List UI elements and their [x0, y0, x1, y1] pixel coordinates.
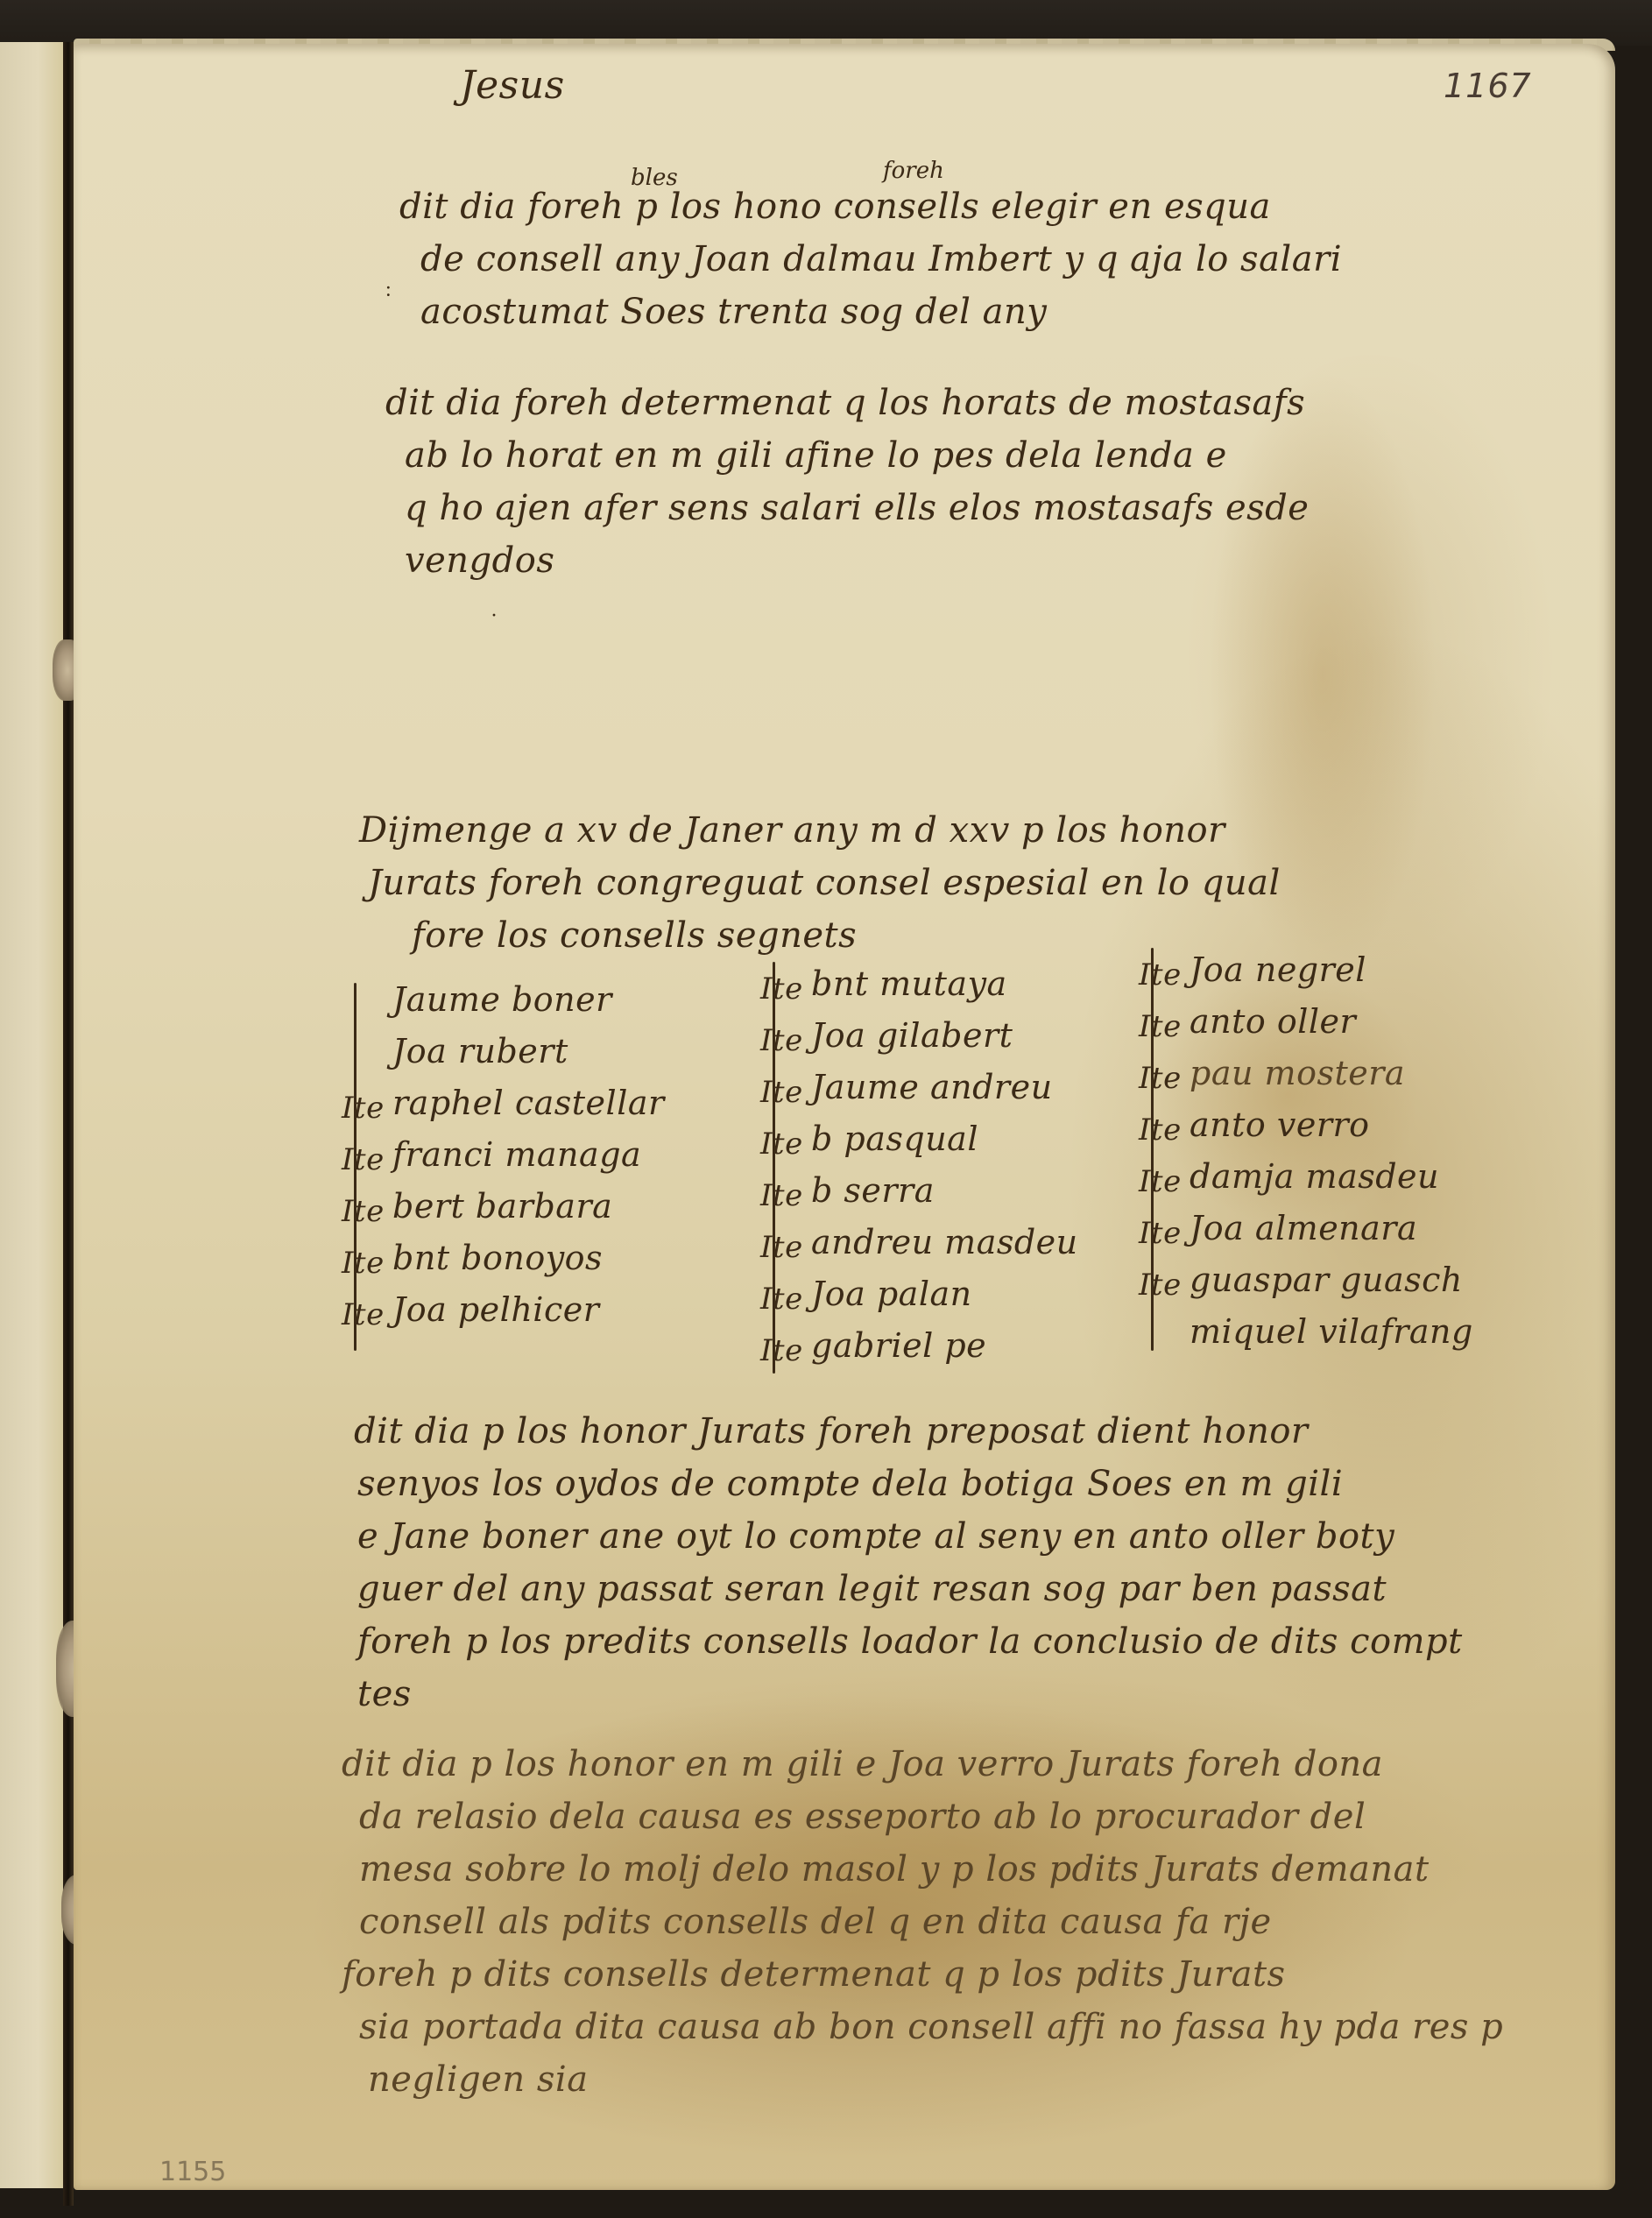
item-mark: Ite	[1139, 950, 1177, 990]
item-mark: Ite	[1139, 1105, 1177, 1145]
previous-leaf-edge	[0, 42, 63, 2188]
attendee-name: IteJoa pelhicer	[342, 1284, 665, 1336]
item-mark: Ite	[1139, 1208, 1177, 1248]
attendee-name: Itefranci managa	[342, 1129, 665, 1181]
paragraph-line: mesa sobre lo molj delo masol y p los pd…	[359, 1843, 1503, 1896]
attendee-name: IteJoa negrel	[1139, 944, 1473, 996]
item-mark: Ite	[760, 1325, 799, 1366]
item-mark: Ite	[760, 1170, 799, 1211]
paragraph-line: tes	[357, 1668, 1463, 1720]
attendee-name: Jaume boner	[342, 974, 665, 1026]
attendee-name: Itebert barbara	[342, 1181, 665, 1233]
paragraph-line: foreh p los predits consells loador la c…	[357, 1615, 1463, 1668]
item-mark: Ite	[342, 1134, 380, 1175]
paragraph-line: dit dia p los honor en m gili e Joa verr…	[342, 1738, 1486, 1791]
paragraph-line: Jurats foreh congreguat consel espesial …	[368, 857, 1281, 909]
paragraph-line: dit dia foreh p los hono consells elegir…	[399, 180, 1321, 233]
paragraph-4: dit dia p los honor Jurats foreh preposa…	[354, 1405, 1459, 1720]
paragraph-line: foreh p dits consells determenat q p los…	[342, 1948, 1486, 2001]
item-mark: Ite	[1139, 1001, 1177, 1042]
attendee-name: Itegabriel pe	[760, 1320, 1078, 1372]
item-mark: Ite	[342, 1186, 380, 1226]
paragraph-line: dit dia p los honor Jurats foreh preposa…	[354, 1405, 1459, 1458]
attendee-name: Itedamja masdeu	[1139, 1151, 1473, 1203]
paragraph-line: q ho ajen afer sens salari ells elos mos…	[405, 482, 1324, 534]
item-mark: Ite	[342, 1238, 380, 1278]
item-mark: Ite	[760, 1274, 799, 1314]
attendee-name: Iteguaspar guasch	[1139, 1254, 1473, 1306]
attendee-name: IteJoa almenara	[1139, 1203, 1473, 1254]
paragraph-line: negligen sia	[368, 2053, 1512, 2106]
paragraph-3: Dijmenge a xv de Janer any m d xxv p los…	[359, 804, 1272, 962]
item-mark: Ite	[1139, 1053, 1177, 1093]
item-mark: Ite	[760, 1222, 799, 1262]
attendee-name: IteJoa palan	[760, 1268, 1078, 1320]
folio-number: 1167	[1444, 67, 1532, 105]
attendee-name: IteJaume andreu	[760, 1062, 1078, 1113]
paragraph-2: dit dia foreh determenat q los horats de…	[385, 377, 1305, 587]
paragraph-line: guer del any passat seran legit resan so…	[357, 1563, 1463, 1615]
paragraph-line: dit dia foreh determenat q los horats de…	[385, 377, 1305, 429]
attendee-name: Iteb serra	[760, 1165, 1078, 1217]
paragraph-line: consell als pdits consells del q en dita…	[359, 1896, 1503, 1948]
paragraph-line: acostumat Soes trenta sog del any	[420, 286, 1342, 338]
item-mark: Ite	[760, 1119, 799, 1159]
paragraph-line: ab lo horat en m gili afine lo pes dela …	[405, 429, 1324, 482]
item-mark: Ite	[1139, 1260, 1177, 1300]
attendee-name: Iteb pasqual	[760, 1113, 1078, 1165]
item-mark: Ite	[760, 1015, 799, 1056]
attendee-name: Iteraphel castellar	[342, 1077, 665, 1129]
attendees-column-1: Jaume boner Joa rubert Iteraphel castell…	[342, 974, 665, 1336]
item-mark: Ite	[760, 1067, 799, 1107]
old-folio-number: 1155	[159, 2157, 226, 2187]
attendee-name: Itebnt mutaya	[760, 958, 1078, 1010]
attendee-name: Itebnt bonoyos	[342, 1233, 665, 1284]
paragraph-line: de consell any Joan dalmau Imbert y q aj…	[420, 233, 1342, 286]
attendee-name: Iteanto oller	[1139, 996, 1473, 1048]
paragraph-1: dit dia foreh p los hono consells elegir…	[399, 180, 1321, 338]
paragraph-5: dit dia p los honor en m gili e Joa verr…	[342, 1738, 1486, 2106]
attendee-name: Iteanto verro	[1139, 1099, 1473, 1151]
margin-dots: :	[385, 279, 392, 302]
paragraph-line: e Jane boner ane oyt lo compte al seny e…	[357, 1510, 1463, 1563]
attendees-column-3: IteJoa negrel Iteanto oller Itepau moste…	[1139, 944, 1473, 1358]
attendee-name: Joa rubert	[342, 1026, 665, 1077]
attendee-name: Itepau mostera	[1139, 1048, 1473, 1099]
margin-dot: ·	[491, 604, 498, 628]
item-mark: Ite	[1139, 1156, 1177, 1197]
manuscript-scan: Jesus 1167 1155 bles foreh : dit dia for…	[0, 0, 1652, 2218]
attendees-column-2: Itebnt mutaya IteJoa gilabert IteJaume a…	[760, 958, 1078, 1372]
item-mark: Ite	[342, 1083, 380, 1123]
item-mark: Ite	[760, 964, 799, 1004]
paragraph-line: senyos los oydos de compte dela botiga S…	[357, 1458, 1463, 1510]
paragraph-line: da relasio dela causa es esseporto ab lo…	[359, 1791, 1503, 1843]
attendee-name: IteJoa gilabert	[760, 1010, 1078, 1062]
paragraph-line: Dijmenge a xv de Janer any m d xxv p los…	[359, 804, 1272, 857]
item-mark: Ite	[342, 1289, 380, 1330]
attendee-name: miquel vilafrang	[1139, 1306, 1473, 1358]
paragraph-line: vengdos	[405, 534, 1324, 587]
paragraph-line: sia portada dita causa ab bon consell af…	[359, 2001, 1503, 2053]
attendee-name: Iteandreu masdeu	[760, 1217, 1078, 1268]
page-heading: Jesus	[460, 63, 565, 108]
